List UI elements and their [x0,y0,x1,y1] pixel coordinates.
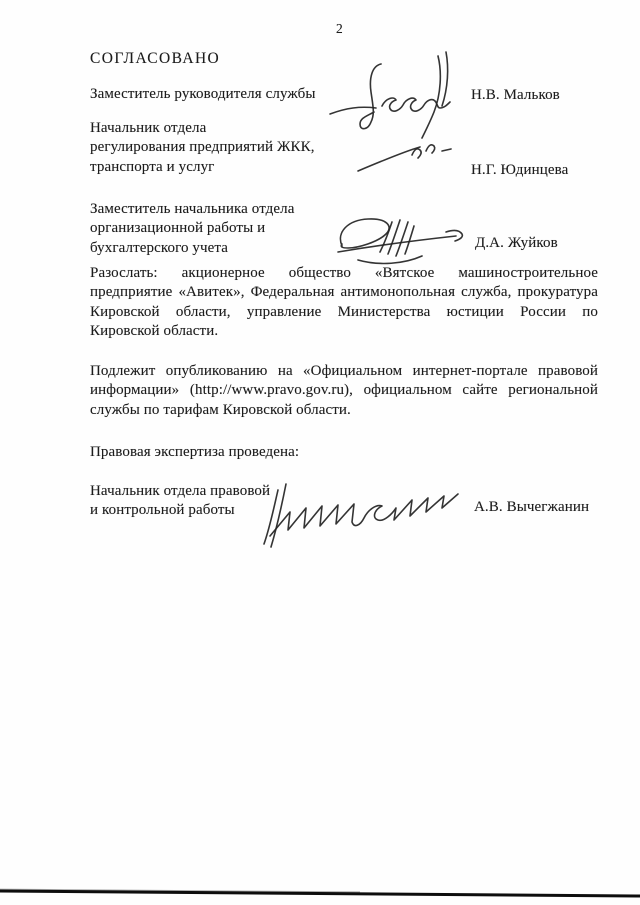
publication-paragraph: Подлежит опубликованию на «Официальном и… [90,362,598,420]
signoff-title: Заместитель начальника отдела организаци… [90,200,294,258]
distribution-paragraph: Разослать: акционерное общество «Вятское… [90,264,598,341]
signoff-name: Н.В. Мальков [471,86,560,105]
signoff-name: Д.А. Жуйков [475,234,558,253]
signoff-name: А.В. Вычегжанин [474,498,589,517]
signoff-title: Заместитель руководителя службы [90,85,316,104]
approval-heading: СОГЛАСОВАНО [90,49,220,68]
vychegzhanin-signature-icon [262,472,462,554]
malkov-signature-icon [326,50,471,142]
signoff-title: Начальник отдела правовой и контрольной … [90,482,270,521]
zhuikov-signature-icon [334,212,474,272]
signoff-title: Начальник отдела регулирования предприят… [90,119,315,177]
yudintseva-signature-icon [356,138,456,174]
document-page: 2 СОГЛАСОВАНО Заместитель руководителя с… [0,0,640,905]
signoff-name: Н.Г. Юдинцева [471,161,568,180]
page-number: 2 [336,19,343,38]
legal-review-label: Правовая экспертиза проведена: [90,443,299,462]
